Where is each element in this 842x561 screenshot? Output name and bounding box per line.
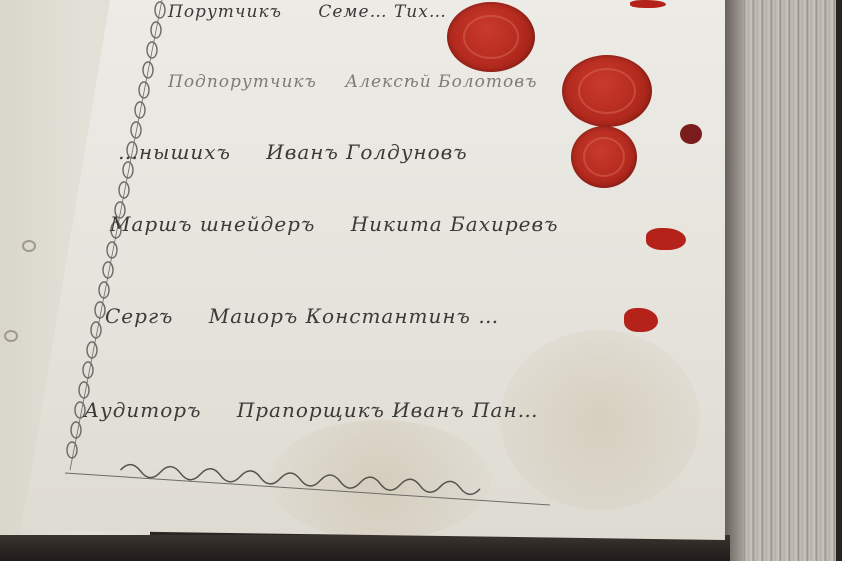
signature-rank: Сергъ (105, 304, 173, 328)
signature-rank: Подпорутчикъ (168, 72, 317, 92)
signature-line-5: Сергъ Маиоръ Константинъ … (105, 304, 499, 328)
signature-name: Никита Бахиревъ (351, 212, 559, 236)
page-edges-stack (722, 0, 842, 561)
signature-line-6: Аудиторъ Прапорщикъ Иванъ Пан… (84, 398, 539, 422)
signature-line-1: Порутчикъ Семе… Тих… (168, 2, 447, 22)
wax-seal (447, 2, 535, 72)
signature-name: Семе… Тих… (318, 2, 447, 22)
wax-fragment (646, 228, 686, 250)
signature-rank: Аудиторъ (84, 398, 201, 422)
binding-hole (4, 330, 18, 342)
wax-seal (571, 126, 637, 188)
signature-rank: Порутчикъ (168, 2, 282, 22)
wax-fragment (624, 308, 658, 332)
wax-fragment (680, 124, 702, 144)
book-bottom-edge (0, 535, 730, 561)
signature-name: Алексѣй Болотовъ (345, 72, 537, 92)
signature-rank: …нышихъ (118, 140, 231, 164)
signature-name: Прапорщикъ Иванъ Пан… (237, 398, 539, 422)
signature-rank: Маршъ шнейдеръ (110, 212, 315, 236)
photo-scene: Порутчикъ Семе… Тих… Подпорутчикъ Алексѣ… (0, 0, 842, 561)
signature-name: Иванъ Голдуновъ (266, 140, 467, 164)
closing-flourish (60, 455, 560, 515)
signature-line-2: Подпорутчикъ Алексѣй Болотовъ (168, 72, 537, 92)
signature-line-3: …нышихъ Иванъ Голдуновъ (118, 140, 468, 164)
wax-seal (562, 55, 652, 127)
signature-name: Маиоръ Константинъ … (209, 304, 499, 328)
wax-fragment (630, 0, 666, 8)
book-edge-shadow (836, 0, 842, 561)
signature-line-4: Маршъ шнейдеръ Никита Бахиревъ (110, 212, 558, 236)
binding-hole (22, 240, 36, 252)
